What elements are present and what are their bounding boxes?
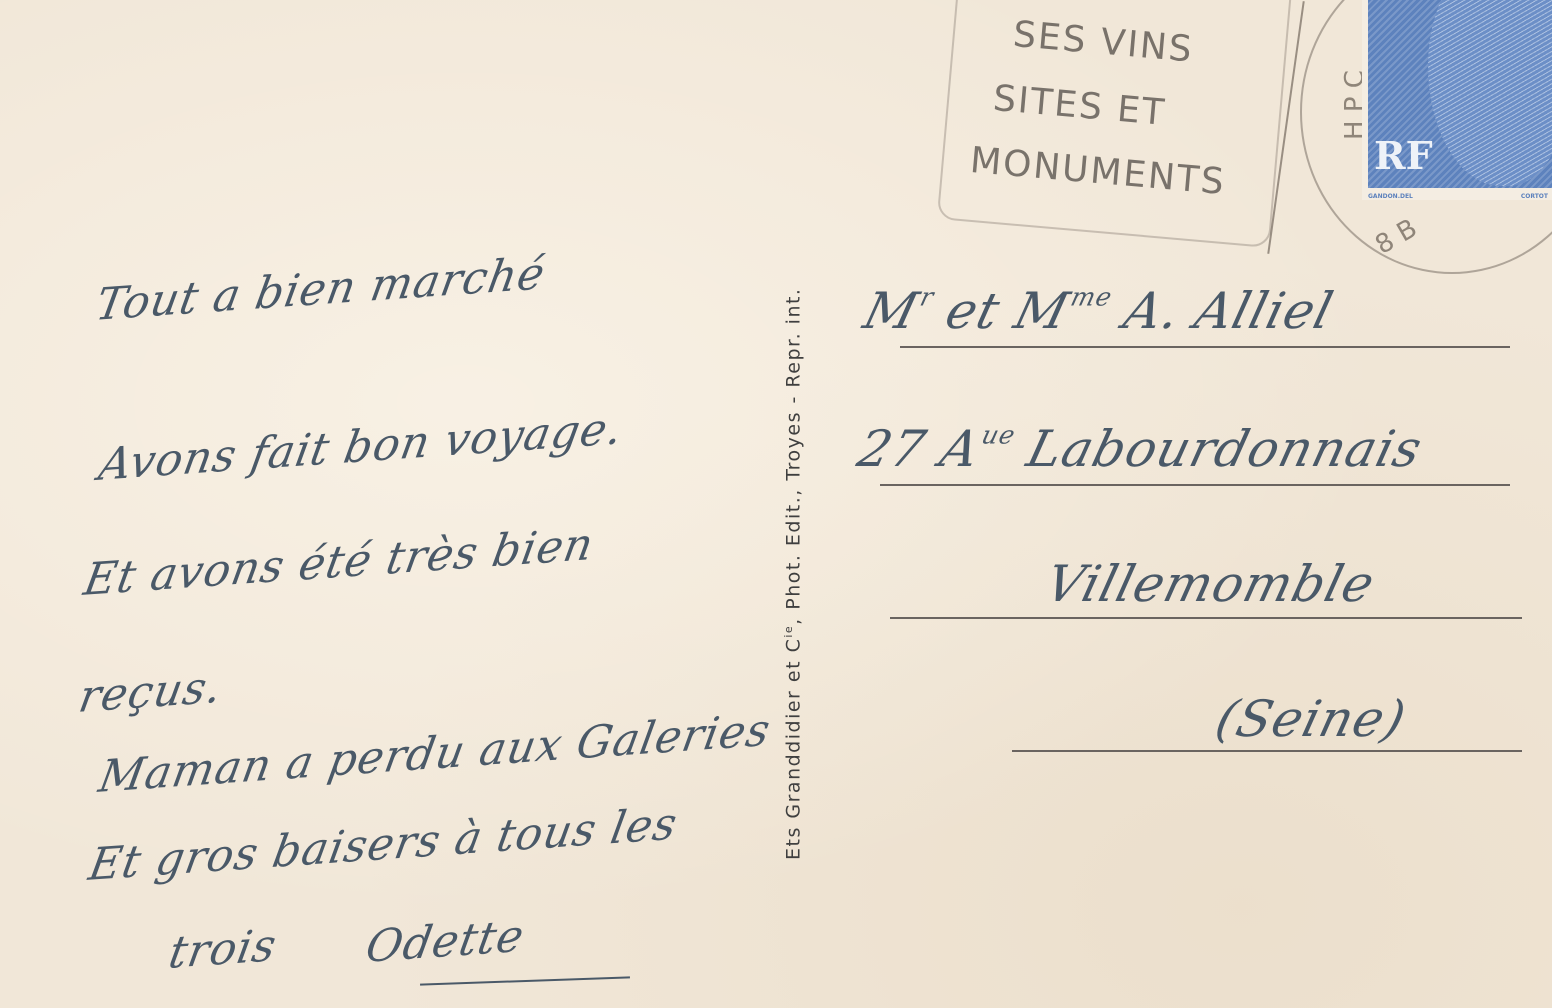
address-rule-3 (890, 617, 1522, 619)
address-rule-2 (880, 484, 1510, 486)
addr-m: M (858, 282, 925, 340)
postage-stamp: RF GANDON.DEL CORTOT (1362, 0, 1552, 200)
stamp-design: RF (1368, 0, 1552, 188)
stamp-inscription: RF (1374, 133, 1433, 178)
publisher-name: Ets Granddidier et C (782, 638, 804, 860)
publisher-imprint: Ets Granddidier et Cie, Phot. Edit., Tro… (782, 288, 804, 860)
message-line-6: Et gros baisers à tous les (85, 798, 681, 891)
message-line-2: Avons fait bon voyage. (95, 403, 627, 491)
address-line-4: (Seine) (1210, 690, 1412, 748)
addr-street-name: Labourdonnais (1005, 420, 1429, 478)
message-line-4: reçus. (75, 661, 226, 723)
address-rule-4 (1012, 750, 1522, 752)
addr-street-number: 27 A (852, 420, 986, 478)
addr-recipient-name: A. Alliel (1101, 282, 1339, 340)
message-line-1: Tout a bien marché (92, 248, 549, 331)
address-line-1: Mr et Mme A. Alliel (858, 282, 1339, 340)
postcard-back: SES VINS SITES ET MONUMENTS H P C 8 B RF… (0, 0, 1552, 1008)
addr-et-m: et M (923, 282, 1075, 340)
publisher-sup: ie (782, 625, 795, 638)
message-line-7: trois (165, 920, 281, 979)
message-line-3: Et avons été très bien (80, 519, 598, 606)
message-line-5: Maman a perdu aux Galeries (95, 704, 775, 803)
stamp-engraver: GANDON.DEL (1368, 193, 1413, 200)
marianne-portrait-icon (1428, 0, 1552, 186)
stamp-printer: CORTOT (1521, 193, 1548, 200)
publisher-details: , Phot. Edit., Troyes - Repr. int. (782, 288, 804, 625)
address-line-2: 27 Aue Labourdonnais (852, 420, 1428, 478)
address-rule-1 (900, 346, 1510, 348)
signature-underline (420, 976, 630, 985)
address-line-3: Villemomble (1040, 555, 1381, 613)
signature: Odette (362, 910, 528, 973)
